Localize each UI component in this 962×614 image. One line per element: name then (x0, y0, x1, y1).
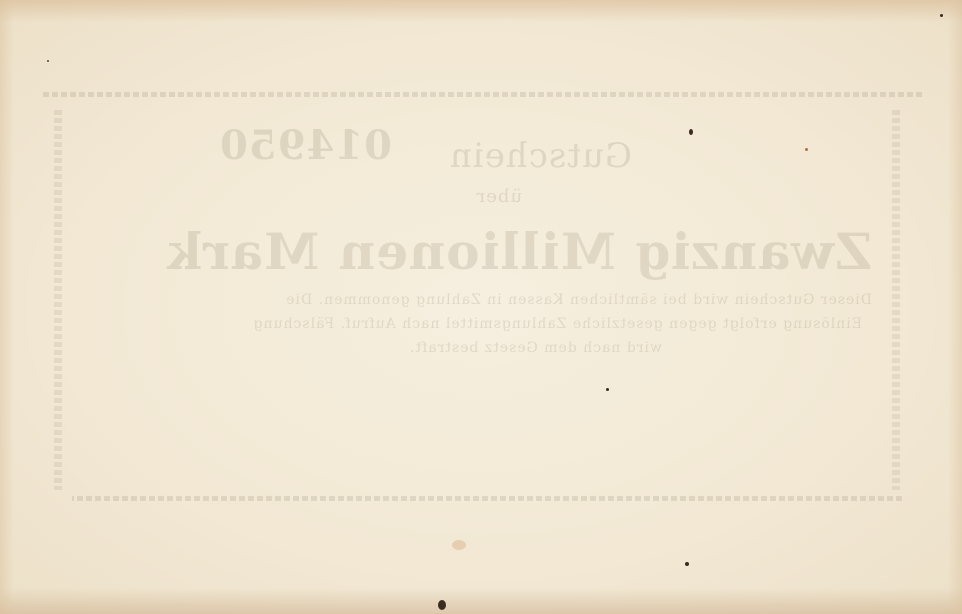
rust-speck (805, 148, 808, 151)
show-through-print: 014950 Gutschein über Zwanzig Millionen … (0, 0, 962, 614)
right-border-ornament (54, 110, 62, 490)
ink-speck (689, 129, 693, 135)
ink-speck (940, 14, 943, 17)
foxing-stain (452, 540, 466, 550)
body-line-3: wird nach dem Gesetz bestraft. (409, 340, 662, 356)
ink-speck (438, 600, 446, 610)
top-ornament-rule (42, 92, 922, 97)
denomination: Zwanzig Millionen Mark (167, 222, 872, 281)
ink-speck (47, 60, 49, 62)
subheading: über (476, 186, 522, 207)
left-border-ornament (892, 110, 900, 490)
banknote-reverse: 014950 Gutschein über Zwanzig Millionen … (0, 0, 962, 614)
ink-speck (685, 562, 689, 566)
body-line-1: Dieser Gutschein wird bei sämtlichen Kas… (285, 292, 872, 308)
body-line-2: Einlösung erfolgt gegen gesetzliche Zahl… (253, 316, 862, 332)
ink-speck (606, 388, 609, 391)
bottom-ornament-rule (72, 496, 902, 501)
serial-number: 014950 (219, 122, 392, 169)
heading: Gutschein (449, 136, 632, 176)
